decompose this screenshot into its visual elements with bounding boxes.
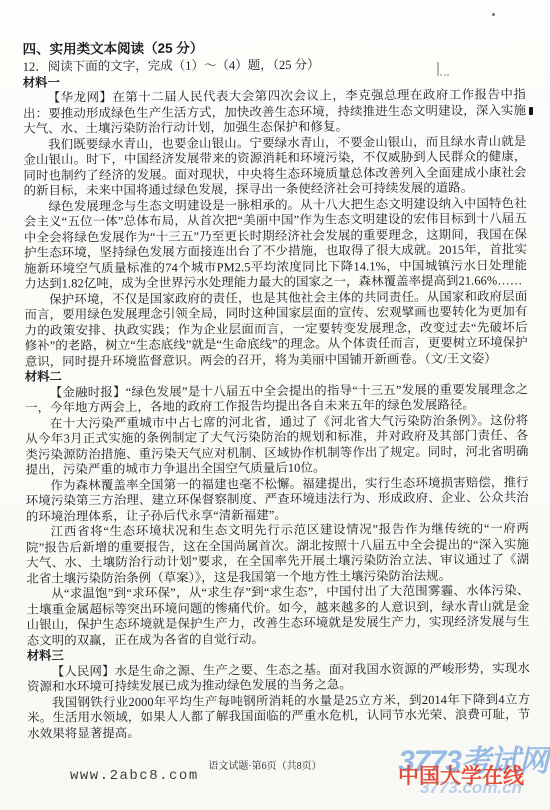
material-2-paragraph: 在十大污染严重城市中占七席的河北省，通过了《河北省大气污染防治条例》。这份将从今… <box>25 413 528 479</box>
watermark-domain: 3773.com.cn <box>420 778 522 798</box>
material-1-paragraph: 我们既要绿水青山，也要金山银山。宁要绿水青山，不要金山银山，而且绿水青山就是金山… <box>23 134 526 200</box>
exam-body: 四、实用类文本阅读（25 分） 12．阅读下面的文字，完成（1）～（4）题，（2… <box>23 38 531 741</box>
scan-speck <box>529 107 533 115</box>
footer-site-url: www.2abc8.com <box>70 768 199 784</box>
material-1-paragraph: 【华龙网】在第十二届人民代表大会第四次会议上，李克强总理在政府工作报告中指出：要… <box>23 87 526 137</box>
material-2-paragraph: 【金融时报】“绿色发展”是十八届五中全会提出的指导“十三五”发展的重要发展理念之… <box>25 382 528 417</box>
material-2-paragraph: 作为森林覆盖率全国第一的福建也毫不松懈。福建提出，实行生态环境损害赔偿，推行环境… <box>26 475 529 525</box>
scan-smudge <box>437 62 449 76</box>
scan-dot <box>492 13 495 16</box>
material-1-paragraph: 保护环境，不仅是国家政府的责任，也是其他社会主体的共同责任。从国家和政府层面而言… <box>24 289 528 370</box>
scanned-exam-page: 四、实用类文本阅读（25 分） 12．阅读下面的文字，完成（1）～（4）题，（2… <box>0 0 550 810</box>
material-3-paragraph: 我国钢铁行业2000年平均生产每吨钢所消耗的水量是25立方米，到2014年下降到… <box>27 692 530 742</box>
material-2-paragraph: 江西省将“生态环境状况和生态文明先行示范区建设情况”报告作为继传统的“一府两院”… <box>26 521 529 587</box>
material-2-paragraph: 从“求温饱”到“求环保”，从“求生存”到“求生态”，中国付出了大范围雾霾、水体污… <box>26 583 529 649</box>
watermark: 3773考试网 3773.com.cn 中国大学在线 <box>370 736 548 808</box>
material-1-paragraph: 绿色发展理念与生态文明建设是一脉相承的。从十八大把生态文明建设纳入中国特色社会主… <box>24 196 528 293</box>
material-3-paragraph: 【人民网】水是生命之源、生产之要、生态之基。面对我国水资源的严峻形势，实现水资源… <box>27 661 530 696</box>
section-heading: 四、实用类文本阅读（25 分） <box>23 38 526 58</box>
